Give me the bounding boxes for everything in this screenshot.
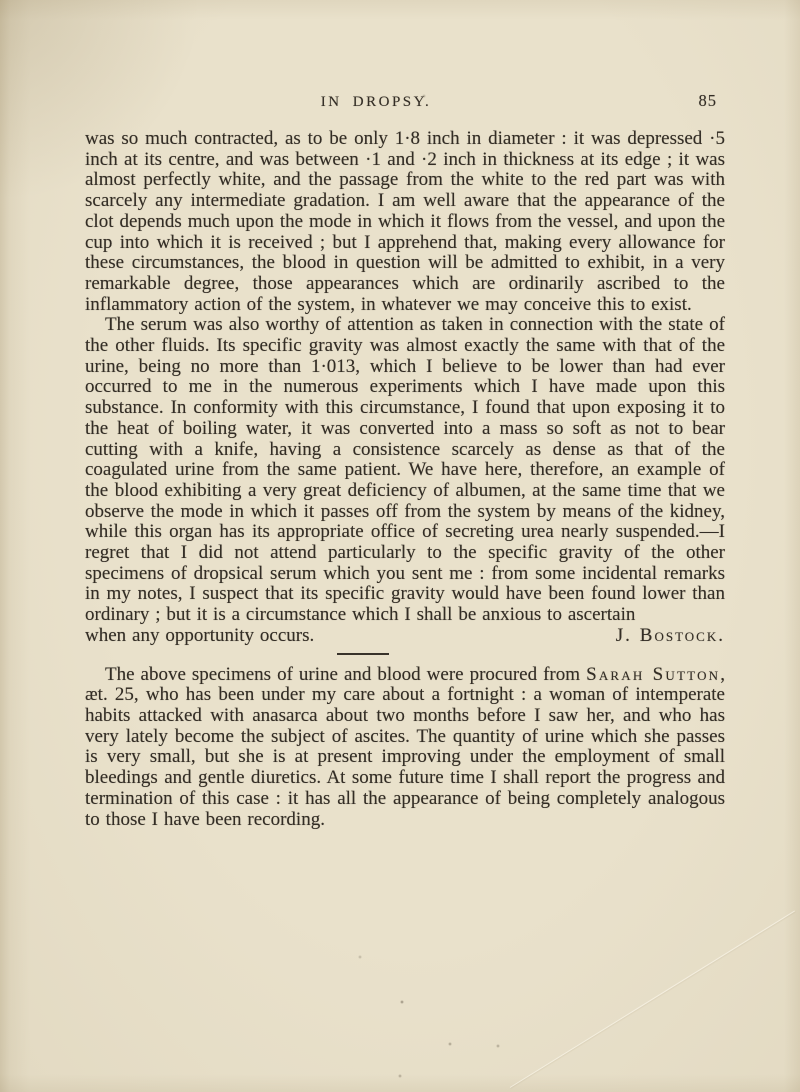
closing-text: when any opportunity occurs.	[85, 626, 314, 647]
paper-crease-line	[510, 911, 795, 1088]
page-number: 85	[699, 91, 718, 111]
running-head-title: IN DROPSY.	[321, 94, 432, 111]
scanned-book-page: IN DROPSY. 85 was so much contracted, as…	[0, 0, 800, 1092]
paragraph-patient-lead: The above specimens of urine and blood w…	[105, 664, 586, 685]
paragraph-continuation: was so much contracted, as to be only 1·…	[85, 129, 725, 315]
section-divider-rule	[337, 653, 389, 655]
running-head: IN DROPSY.	[85, 93, 725, 111]
patient-name: Sarah Sutton	[586, 664, 720, 685]
paragraph-serum: The serum was also worthy of attention a…	[85, 315, 725, 626]
paragraph-patient: The above specimens of urine and blood w…	[85, 665, 725, 831]
signature-line: when any opportunity occurs. J. Bostock.	[85, 626, 725, 647]
paragraph-patient-rest: , æt. 25, who has been under my care abo…	[85, 664, 725, 830]
author-signature: J. Bostock.	[616, 626, 725, 647]
page-body-text: was so much contracted, as to be only 1·…	[85, 129, 725, 830]
